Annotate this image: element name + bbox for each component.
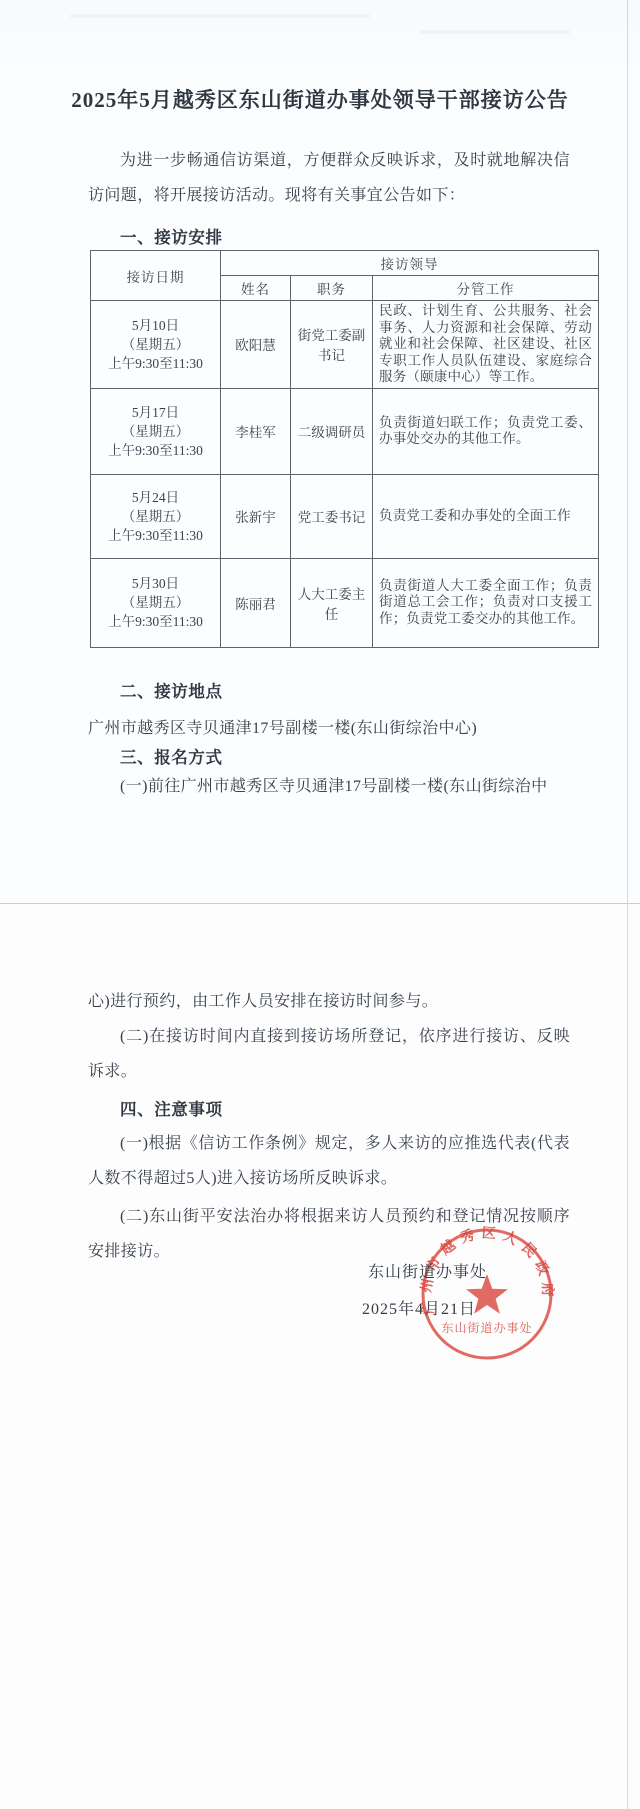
scanned-page-2: 心)进行预约，由工作人员安排在接访时间参与。 (二)在接访时间内直接到接访场所登…	[0, 904, 640, 1809]
page-title: 2025年5月越秀区东山街道办事处领导干部接访公告	[0, 84, 640, 114]
col-header-date: 接访日期	[91, 251, 221, 301]
visit-date: 5月30日	[97, 574, 214, 593]
table-row: 5月30日 （星期五） 上午9:30至11:30 陈丽君 人大工委主任 负责街道…	[91, 558, 599, 647]
col-header-leader: 接访领导	[221, 251, 599, 276]
scan-edge-line	[627, 0, 628, 1809]
leader-name: 欧阳慧	[221, 301, 291, 389]
leader-title: 二级调研员	[291, 388, 373, 474]
scanned-page-1: 2025年5月越秀区东山街道办事处领导干部接访公告 为进一步畅通信访渠道，方便群…	[0, 0, 640, 904]
section3-item1-continued: 心)进行预约，由工作人员安排在接访时间参与。	[88, 984, 570, 1019]
leader-title: 人大工委主任	[291, 558, 373, 647]
col-header-title: 职务	[291, 276, 373, 301]
leader-duty: 负责党工委和办事处的全面工作	[373, 474, 599, 558]
visit-time: 上午9:30至11:30	[97, 612, 214, 631]
section2-body: 广州市越秀区寺贝通津17号副楼一楼(东山街综治中心)	[88, 711, 570, 746]
visit-time: 上午9:30至11:30	[97, 526, 214, 545]
table-row: 5月24日 （星期五） 上午9:30至11:30 张新宇 党工委书记 负责党工委…	[91, 474, 599, 558]
section4-item1: (一)根据《信访工作条例》规定，多人来访的应推选代表(代表人数不得超过5人)进入…	[88, 1126, 570, 1196]
leader-name: 张新宇	[221, 474, 291, 558]
visit-date-cell: 5月30日 （星期五） 上午9:30至11:30	[91, 558, 221, 647]
visit-weekday: （星期五）	[97, 422, 214, 441]
section3-item2: (二)在接访时间内直接到接访场所登记，依序进行接访、反映诉求。	[88, 1019, 570, 1089]
visit-schedule-table: 接访日期 接访领导 姓名 职务 分管工作 5月10日 （星期五） 上午9:30至…	[90, 250, 599, 648]
signature-organization: 东山街道办事处	[368, 1259, 487, 1282]
leader-duty: 民政、计划生育、公共服务、社会事务、人力资源和社会保障、劳动就业和社会保障、社区…	[373, 301, 599, 389]
leader-name: 李桂军	[221, 388, 291, 474]
section3-item1: (一)前往广州市越秀区寺贝通津17号副楼一楼(东山街综治中	[88, 769, 570, 804]
col-header-duty: 分管工作	[373, 276, 599, 301]
leader-name: 陈丽君	[221, 558, 291, 647]
section1-heading: 一、接访安排	[120, 224, 223, 248]
visit-date-cell: 5月10日 （星期五） 上午9:30至11:30	[91, 301, 221, 389]
seal-name-text: 东山街道办事处	[441, 1320, 532, 1335]
section4-heading: 四、注意事项	[120, 1096, 223, 1120]
signature-date: 2025年4月21日	[362, 1296, 476, 1319]
visit-date-cell: 5月24日 （星期五） 上午9:30至11:30	[91, 474, 221, 558]
visit-date: 5月17日	[97, 403, 214, 422]
visit-weekday: （星期五）	[97, 335, 214, 354]
visit-time: 上午9:30至11:30	[97, 441, 214, 460]
visit-date: 5月24日	[97, 488, 214, 507]
section2-heading: 二、接访地点	[120, 678, 223, 702]
leader-title: 街党工委副书记	[291, 301, 373, 389]
scan-artifact	[420, 30, 570, 34]
leader-duty: 负责街道妇联工作；负责党工委、办事处交办的其他工作。	[373, 388, 599, 474]
section3-heading: 三、报名方式	[120, 744, 223, 768]
table-row: 5月10日 （星期五） 上午9:30至11:30 欧阳慧 街党工委副书记 民政、…	[91, 301, 599, 389]
visit-date: 5月10日	[97, 316, 214, 335]
leader-duty: 负责街道人大工委全面工作；负责街道总工会工作；负责对口支援工作；负责党工委交办的…	[373, 558, 599, 647]
scan-artifact	[70, 14, 370, 18]
official-seal-stamp: 广州市越秀区人民政府 东山街道办事处	[412, 1219, 562, 1369]
visit-time: 上午9:30至11:30	[97, 354, 214, 373]
table-row: 5月17日 （星期五） 上午9:30至11:30 李桂军 二级调研员 负责街道妇…	[91, 388, 599, 474]
col-header-name: 姓名	[221, 276, 291, 301]
visit-date-cell: 5月17日 （星期五） 上午9:30至11:30	[91, 388, 221, 474]
visit-weekday: （星期五）	[97, 507, 214, 526]
leader-title: 党工委书记	[291, 474, 373, 558]
intro-paragraph: 为进一步畅通信访渠道，方便群众反映诉求，及时就地解决信访问题，将开展接访活动。现…	[88, 143, 570, 213]
visit-weekday: （星期五）	[97, 593, 214, 612]
